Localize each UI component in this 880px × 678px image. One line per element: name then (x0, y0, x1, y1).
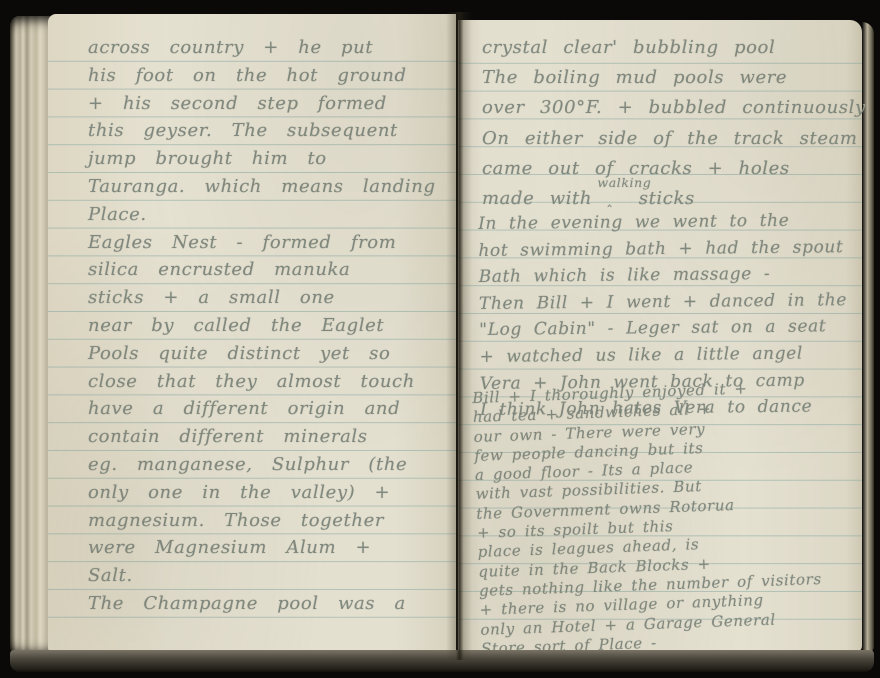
handwritten-line: Pools quite distinct yet so (88, 340, 450, 368)
handwritten-line: his foot on the hot ground (88, 62, 450, 90)
page-block-right-edge (862, 22, 874, 654)
handwritten-line: Eagles Nest - formed from (88, 229, 450, 257)
right-page-handwriting-bottom: Bill + I thoroughly enjoyed it +had tea … (472, 375, 871, 659)
page-stack-edges (10, 16, 50, 656)
notebook-photo: across country + he puthis foot on the h… (0, 0, 880, 678)
handwritten-line: hot swimming bath + had the spout (478, 234, 860, 265)
handwritten-line: In the evening we went to the (478, 207, 860, 238)
handwritten-line: close that they almost touch (88, 368, 450, 396)
handwritten-line: The boiling mud pools were (482, 63, 858, 93)
handwritten-line: near by called the Eaglet (88, 312, 450, 340)
handwritten-line: only one in the valley) + (88, 479, 450, 507)
handwritten-line: magnesium. Those together (88, 507, 450, 535)
handwritten-line: Tauranga. which means landing (88, 173, 450, 201)
right-page: crystal clear' bubbling poolThe boiling … (458, 20, 862, 652)
left-page: across country + he puthis foot on the h… (48, 14, 456, 652)
notebook-bottom-cover-edge (10, 650, 874, 672)
handwritten-line: + his second step formed (88, 90, 450, 118)
handwritten-line: sticks + a small one (88, 284, 450, 312)
handwritten-line: On either side of the track steam (482, 124, 858, 154)
handwritten-line: The Champagne pool was a (88, 590, 450, 618)
handwritten-line: silica encrusted manuka (88, 256, 450, 284)
handwritten-line: "Log Cabin" - Leger sat on a seat (479, 313, 861, 344)
inserted-word: walking (597, 168, 651, 198)
handwritten-line: eg. manganese, Sulphur (the (88, 451, 450, 479)
handwritten-line: jump brought him to (88, 145, 450, 173)
handwritten-line: were Magnesium Alum + (88, 534, 450, 562)
handwritten-line: + watched us like a little angel (479, 340, 861, 371)
handwritten-line: over 300°F. + bubbled continuously (482, 93, 858, 123)
insertion-prefix: made with (482, 188, 592, 209)
handwritten-line: this geyser. The subsequent (88, 117, 450, 145)
handwritten-line: Bath which is like massage - (479, 260, 861, 291)
spine-gutter (446, 12, 472, 660)
handwritten-line: contain different minerals (88, 423, 450, 451)
handwritten-line: Then Bill + I went + danced in the (479, 287, 861, 318)
handwritten-line: Place. (88, 201, 450, 229)
handwritten-line: came out of cracks + holes (482, 154, 858, 184)
right-page-handwriting-top: crystal clear' bubbling poolThe boiling … (482, 33, 858, 184)
handwritten-line: Salt. (88, 562, 450, 590)
handwritten-line: across country + he put (88, 34, 450, 62)
left-page-handwriting: across country + he puthis foot on the h… (88, 34, 450, 618)
handwritten-line: crystal clear' bubbling pool (482, 33, 858, 63)
handwritten-line: have a different origin and (88, 395, 450, 423)
